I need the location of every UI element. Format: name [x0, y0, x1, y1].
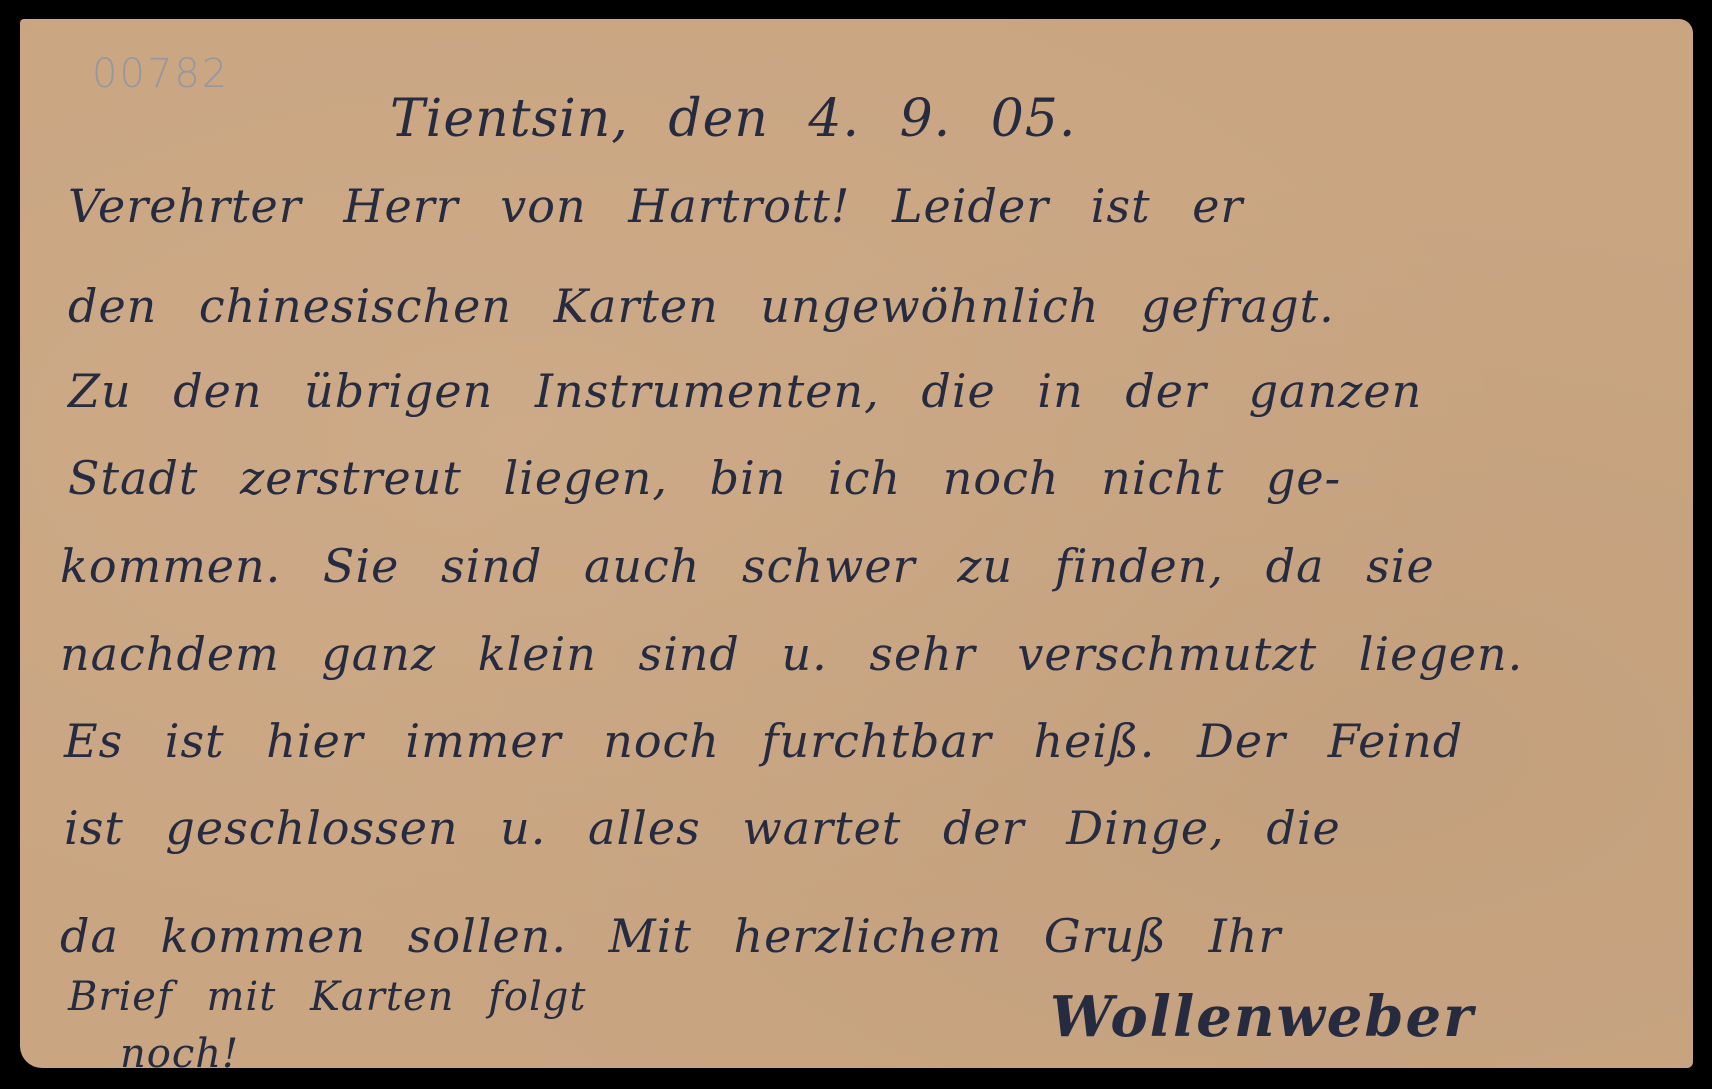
text-line-8: ist geschlossen u. alles wartet der Ding… [64, 801, 1341, 855]
text-line-2: den chinesischen Karten ungewöhnlich gef… [68, 279, 1335, 333]
archive-number: 00782 [92, 51, 229, 97]
place-date-line: Tientsin, den 4. 9. 05. [390, 89, 1076, 149]
text-line-7: Es ist hier immer noch furchtbar heiß. D… [64, 714, 1463, 768]
postscript-line-2: noch! [120, 1031, 239, 1077]
text-line-1: Verehrter Herr von Hartrott! Leider ist … [68, 179, 1243, 233]
text-line-9: da kommen sollen. Mit herzlichem Gruß Ih… [60, 909, 1281, 963]
text-line-3: Zu den übrigen Instrumenten, die in der … [68, 364, 1422, 418]
signature: Wollenweber [1050, 984, 1475, 1050]
text-line-5: kommen. Sie sind auch schwer zu finden, … [60, 539, 1435, 593]
postscript-line-1: Brief mit Karten folgt [68, 974, 586, 1020]
postcard: 00782 Tientsin, den 4. 9. 05. Verehrter … [20, 19, 1693, 1068]
text-line-4: Stadt zerstreut liegen, bin ich noch nic… [68, 451, 1341, 505]
text-line-6: nachdem ganz klein sind u. sehr verschmu… [60, 627, 1523, 681]
